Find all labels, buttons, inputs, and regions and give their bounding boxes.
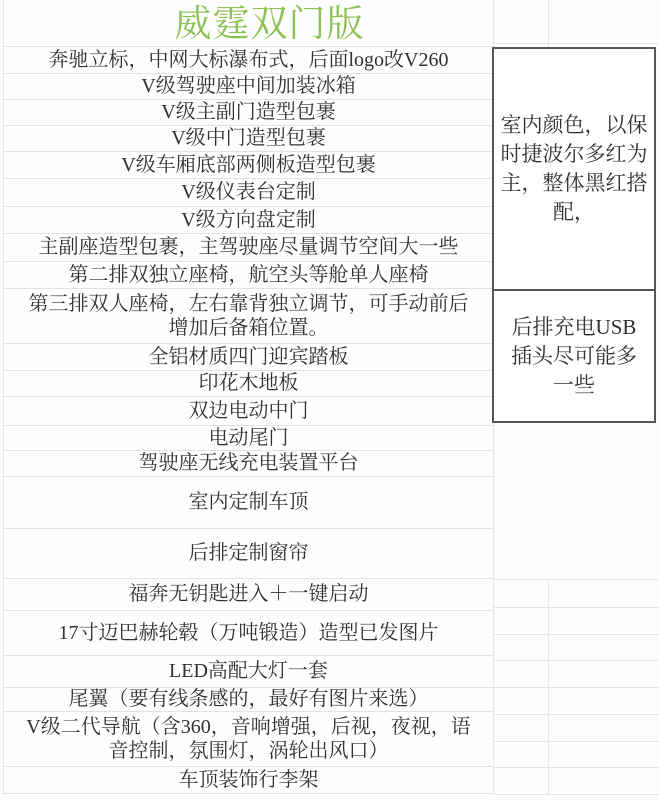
feature-row: V级主副门造型包裹 bbox=[4, 100, 493, 126]
feature-row: LED高配大灯一套 bbox=[4, 656, 493, 688]
feature-row: V级驾驶座中间加装冰箱 bbox=[4, 74, 493, 100]
feature-row: 第三排双人座椅，左右靠背独立调节，可手动前后 增加后备箱位置。 bbox=[4, 289, 493, 344]
feature-row: V级车厢底部两侧板造型包裹 bbox=[4, 152, 493, 179]
page-title: 威霆双门版 bbox=[4, 0, 493, 47]
grid-line bbox=[493, 741, 659, 742]
grid-line bbox=[493, 43, 659, 44]
grid-line bbox=[493, 607, 659, 608]
feature-row: 尾翼（要有线条感的，最好有图片来选） bbox=[4, 688, 493, 712]
feature-row: 奔驰立标，中网大标瀑布式，后面logo改V260 bbox=[4, 47, 493, 74]
feature-row: V级仪表台定制 bbox=[4, 179, 493, 207]
grid-line bbox=[493, 634, 659, 635]
feature-row: 主副座造型包裹，主驾驶座尽量调节空间大一些 bbox=[4, 234, 493, 262]
feature-row: 双边电动中门 bbox=[4, 397, 493, 426]
feature-row: V级中门造型包裹 bbox=[4, 126, 493, 152]
spreadsheet-screenshot: 威霆双门版 奔驰立标，中网大标瀑布式，后面logo改V260 V级驾驶座中间加装… bbox=[0, 0, 659, 800]
feature-row: V级方向盘定制 bbox=[4, 207, 493, 234]
feature-row: 车顶装饰行李架 bbox=[4, 767, 493, 794]
feature-row: 后排定制窗帘 bbox=[4, 529, 493, 579]
grid-line bbox=[493, 579, 659, 580]
note-box-interior-color: 室内颜色，以保 时捷波尔多红为 主，整体黑红搭 配， bbox=[492, 47, 656, 291]
note-box-usb: 后排充电USB 插头尽可能多 一些 bbox=[492, 289, 656, 423]
feature-row: 驾驶座无线充电装置平台 bbox=[4, 451, 493, 477]
feature-row: 全铝材质四门迎宾踏板 bbox=[4, 344, 493, 371]
grid-line bbox=[493, 714, 659, 715]
feature-row: 电动尾门 bbox=[4, 426, 493, 451]
feature-row: 印花木地板 bbox=[4, 371, 493, 397]
grid-line bbox=[493, 660, 659, 661]
feature-row: V级二代导航（含360，音响增强，后视，夜视，语 音控制，氛围灯，涡轮出风口） bbox=[4, 712, 493, 767]
feature-row: 室内定制车顶 bbox=[4, 477, 493, 529]
grid-line bbox=[493, 794, 659, 795]
feature-row: 第二排双独立座椅，航空头等舱单人座椅 bbox=[4, 262, 493, 289]
grid-line bbox=[493, 767, 659, 768]
grid-line bbox=[493, 687, 659, 688]
feature-list-column: 威霆双门版 奔驰立标，中网大标瀑布式，后面logo改V260 V级驾驶座中间加装… bbox=[3, 0, 493, 794]
feature-row: 17寸迈巴赫轮毂（万吨锻造）造型已发图片 bbox=[4, 611, 493, 656]
feature-row: 福奔无钥匙进入＋一键启动 bbox=[4, 579, 493, 611]
grid-line bbox=[548, 0, 549, 48]
